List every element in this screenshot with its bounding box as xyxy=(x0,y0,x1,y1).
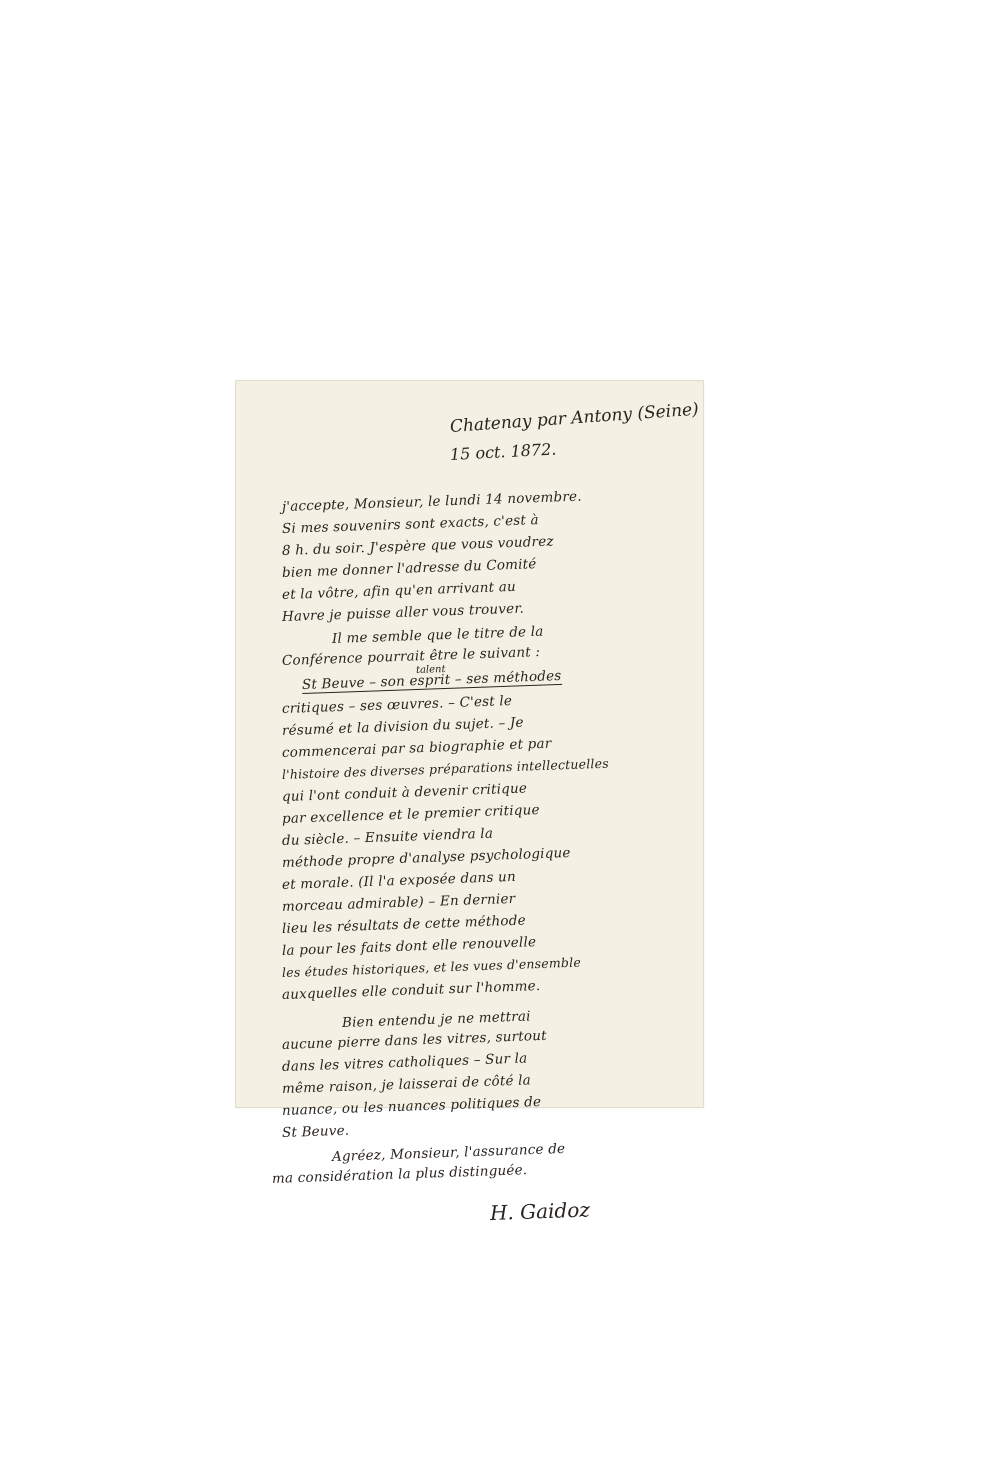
letter-line: Il me semble que le titre de la xyxy=(332,624,544,647)
letter-line: la pour les faits dont elle renouvelle xyxy=(282,934,537,959)
letter-line: morceau admirable) – En dernier xyxy=(282,891,516,915)
letter-line: Bien entendu je ne mettrai xyxy=(342,1008,531,1031)
letter-line: les études historiques, et les vues d'en… xyxy=(282,955,581,980)
letter-line: Conférence pourrait être le suivant : xyxy=(282,644,541,669)
letter-line: j'accepte, Monsieur, le lundi 14 novembr… xyxy=(282,489,582,515)
letter-line: 8 h. du soir. J'espère que vous voudrez xyxy=(282,534,554,559)
letter-line: auxquelles elle conduit sur l'homme. xyxy=(282,978,541,1003)
letter-line: par excellence et le premier critique xyxy=(282,802,540,827)
letter-place: Chatenay par Antony (Seine) xyxy=(449,400,699,437)
letter-line: St Beuve. xyxy=(282,1123,350,1141)
letter-line: résumé et la division du sujet. – Je xyxy=(282,715,524,739)
letter-line: lieu les résultats de cette méthode xyxy=(282,912,526,937)
letter-line: bien me donner l'adresse du Comité xyxy=(282,556,537,581)
closing-line: Agréez, Monsieur, l'assurance de xyxy=(332,1141,566,1165)
letter-line: critiques – ses œuvres. – C'est le xyxy=(282,693,513,717)
letter-line: et morale. (Il l'a exposée dans un xyxy=(282,869,516,893)
letter-paper: Chatenay par Antony (Seine) 15 oct. 1872… xyxy=(236,381,703,1107)
signature: H. Gaidoz xyxy=(490,1198,591,1225)
letter-line: dans les vitres catholiques – Sur la xyxy=(282,1050,528,1075)
letter-line: l'histoire des diverses préparations int… xyxy=(282,756,609,782)
letter-line: méthode propre d'analyse psychologique xyxy=(282,845,571,871)
letter-line: même raison, je laisserai de côté la xyxy=(282,1072,531,1097)
letter-line: Havre je puisse aller vous trouver. xyxy=(282,601,525,625)
closing-line: ma considération la plus distinguée. xyxy=(272,1162,528,1187)
letter-line: du siècle. – Ensuite viendra la xyxy=(282,826,494,849)
letter-line: nuance, ou les nuances politiques de xyxy=(282,1094,542,1119)
letter-line: Si mes souvenirs sont exacts, c'est à xyxy=(282,512,539,537)
letter-line: qui l'ont conduit à devenir critique xyxy=(282,780,528,805)
letter-date: 15 oct. 1872. xyxy=(450,439,557,464)
interlinear-insertion: talent xyxy=(416,664,446,676)
letter-line: aucune pierre dans les vitres, surtout xyxy=(282,1028,547,1053)
letter-line: commencerai par sa biographie et par xyxy=(282,736,552,761)
letter-line: et la vôtre, afin qu'en arrivant au xyxy=(282,579,516,603)
